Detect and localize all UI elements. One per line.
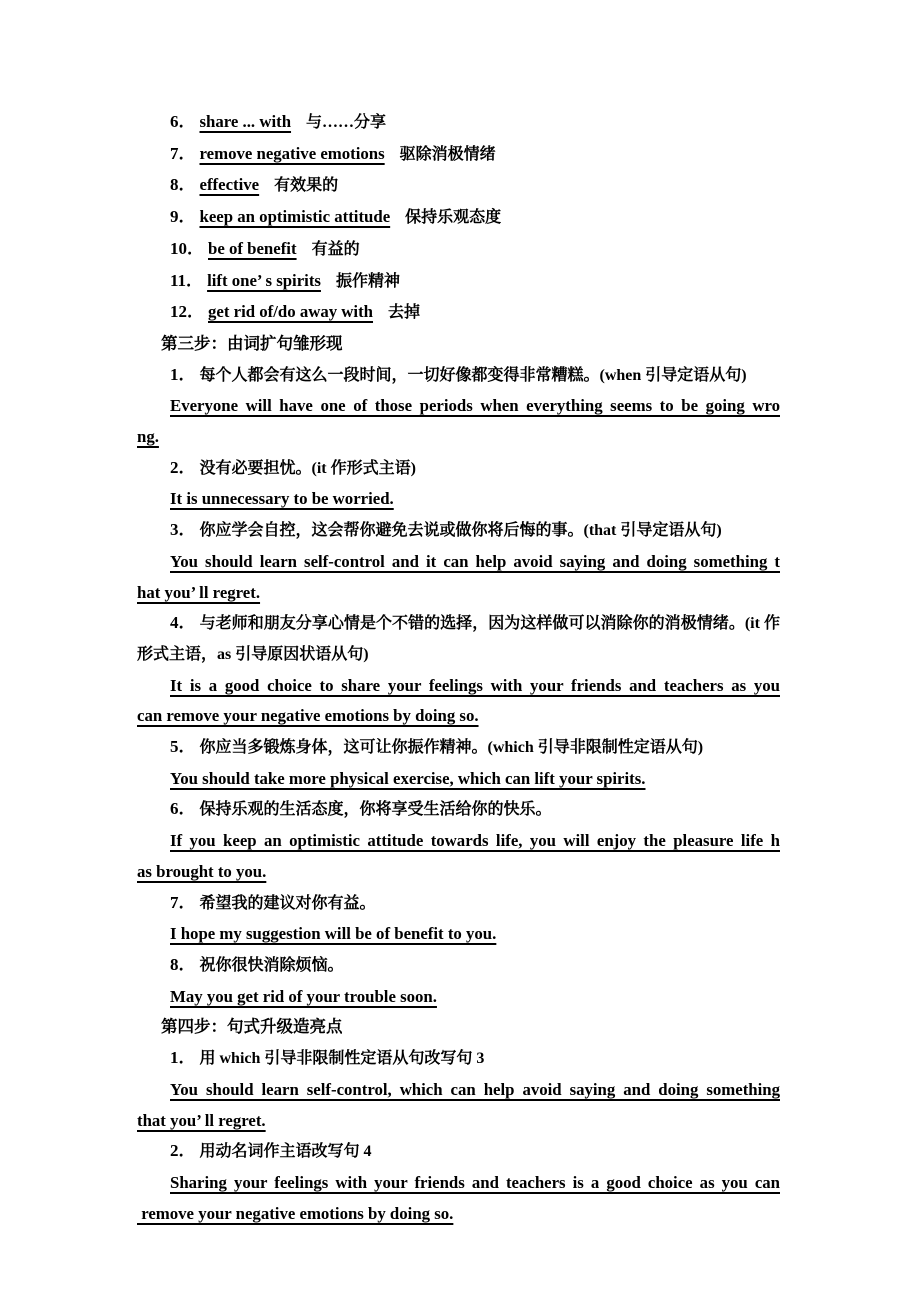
prompt-text: 保持乐观的生活态度，你将享受生活给你的快乐。	[200, 801, 552, 818]
phrase-number: 6．	[170, 112, 196, 131]
step3-answer-line: can remove your negative emotions by doi…	[137, 701, 780, 732]
phrase-number: 12．	[170, 302, 204, 321]
answer-text: You should learn self-control, which can…	[170, 1080, 780, 1099]
step3-prompt-line: 6．保持乐观的生活态度，你将享受生活给你的快乐。	[137, 794, 780, 826]
step3-answer-line: ng.	[137, 422, 780, 453]
document-page: 6．share ... with与……分享7．remove negative e…	[0, 0, 920, 1302]
sentence-number: 2．	[170, 458, 196, 477]
prompt-text: 形式主语，as 引导原因状语从句)	[137, 646, 369, 663]
step4-prompt-line: 1．用 which 引导非限制性定语从句改写句 3	[137, 1043, 780, 1075]
answer-text: can remove your negative emotions by doi…	[137, 706, 479, 725]
sentence-number: 1．	[170, 1048, 196, 1067]
phrase-meaning: 与……分享	[306, 114, 386, 131]
step3-prompt-line: 3．你应学会自控，这会帮你避免去说或做你将后悔的事。(that 引导定语从句)	[137, 515, 780, 547]
phrase-item: 10．be of benefit有益的	[137, 234, 780, 266]
phrase-english: lift one’ s spirits	[207, 271, 321, 290]
phrase-meaning: 有效果的	[274, 177, 338, 194]
step3-answer-line: If you keep an optimistic attitude towar…	[137, 826, 780, 857]
phrase-meaning: 振作精神	[336, 273, 400, 290]
prompt-text: 你应当多锻炼身体，这可让你振作精神。(which 引导非限制性定语从句)	[200, 739, 704, 756]
phrase-meaning: 保持乐观态度	[405, 209, 501, 226]
sentence-number: 6．	[170, 799, 196, 818]
answer-text: as brought to you.	[137, 862, 266, 881]
prompt-text: 祝你很快消除烦恼。	[200, 957, 344, 974]
answer-text: If you keep an optimistic attitude towar…	[170, 831, 780, 850]
answer-text: It is unnecessary to be worried.	[170, 489, 394, 508]
step3-prompt-line: 2．没有必要担忧。(it 作形式主语)	[137, 453, 780, 485]
sentence-number: 5．	[170, 737, 196, 756]
prompt-text: 用动名词作主语改写句 4	[200, 1143, 372, 1160]
step3-answer-line: May you get rid of your trouble soon.	[137, 982, 780, 1013]
prompt-text: 用 which 引导非限制性定语从句改写句 3	[200, 1050, 485, 1067]
phrase-number: 11．	[170, 271, 203, 290]
prompt-text: 希望我的建议对你有益。	[200, 895, 376, 912]
sentence-number: 3．	[170, 520, 196, 539]
step4-prompt-line: 2．用动名词作主语改写句 4	[137, 1136, 780, 1168]
phrase-english: get rid of/do away with	[208, 302, 373, 321]
step3-answer-line: You should take more physical exercise, …	[137, 764, 780, 795]
answer-text: I hope my suggestion will be of benefit …	[170, 924, 496, 943]
phrase-number: 10．	[170, 239, 204, 258]
step3-answer-line: hat you’ ll regret.	[137, 578, 780, 609]
step4-answer-line: remove your negative emotions by doing s…	[137, 1199, 780, 1230]
answer-text: May you get rid of your trouble soon.	[170, 987, 437, 1006]
step3-prompt-line: 8．祝你很快消除烦恼。	[137, 950, 780, 982]
sentence-number: 1．	[170, 365, 196, 384]
phrase-item: 7．remove negative emotions驱除消极情绪	[137, 139, 780, 171]
step3-answer-line: Everyone will have one of those periods …	[137, 391, 780, 422]
phrase-english: remove negative emotions	[200, 144, 385, 163]
step3-prompt-line: 4．与老师和朋友分享心情是个不错的选择，因为这样做可以消除你的消极情绪。(it …	[137, 608, 780, 640]
phrase-meaning: 去掉	[388, 304, 420, 321]
step4-heading: 第四步：句式升级造亮点	[137, 1012, 780, 1043]
phrase-english: effective	[200, 175, 260, 194]
step3-answer-line: as brought to you.	[137, 857, 780, 888]
step4-answer-line: that you’ ll regret.	[137, 1106, 780, 1137]
step3-prompt-line: 5．你应当多锻炼身体，这可让你振作精神。(which 引导非限制性定语从句)	[137, 732, 780, 764]
phrase-meaning: 驱除消极情绪	[400, 146, 496, 163]
answer-text: remove your negative emotions by doing s…	[137, 1204, 453, 1223]
phrase-number: 8．	[170, 175, 196, 194]
answer-text: Sharing your feelings with your friends …	[170, 1173, 780, 1192]
phrase-item: 12．get rid of/do away with去掉	[137, 297, 780, 329]
sentence-number: 8．	[170, 955, 196, 974]
answer-text: Everyone will have one of those periods …	[170, 396, 780, 415]
phrase-item: 6．share ... with与……分享	[137, 107, 780, 139]
step4-answer-line: You should learn self-control, which can…	[137, 1075, 780, 1106]
phrase-english: share ... with	[200, 112, 292, 131]
phrase-item: 8．effective有效果的	[137, 170, 780, 202]
answer-text: It is a good choice to share your feelin…	[170, 676, 780, 695]
phrase-english: keep an optimistic attitude	[200, 207, 391, 226]
sentence-number: 7．	[170, 893, 196, 912]
phrase-english: be of benefit	[208, 239, 297, 258]
step3-answer-line: It is unnecessary to be worried.	[137, 484, 780, 515]
phrase-meaning: 有益的	[312, 241, 360, 258]
step3-answer-line: I hope my suggestion will be of benefit …	[137, 919, 780, 950]
sentence-number: 4．	[170, 613, 196, 632]
prompt-text: 你应学会自控，这会帮你避免去说或做你将后悔的事。(that 引导定语从句)	[200, 522, 722, 539]
phrase-number: 7．	[170, 144, 196, 163]
prompt-text: 没有必要担忧。(it 作形式主语)	[200, 460, 416, 477]
answer-text: ng.	[137, 427, 159, 446]
step3-prompt-line: 1．每个人都会有这么一段时间，一切好像都变得非常糟糕。(when 引导定语从句)	[137, 360, 780, 392]
step3-answer-line: You should learn self-control and it can…	[137, 547, 780, 578]
phrase-item: 11．lift one’ s spirits振作精神	[137, 266, 780, 298]
answer-text: hat you’ ll regret.	[137, 583, 260, 602]
step3-prompt-line: 形式主语，as 引导原因状语从句)	[137, 640, 780, 671]
prompt-text: 与老师和朋友分享心情是个不错的选择，因为这样做可以消除你的消极情绪。(it 作	[200, 615, 780, 632]
step3-heading: 第三步：由词扩句雏形现	[137, 329, 780, 360]
step3-answer-line: It is a good choice to share your feelin…	[137, 671, 780, 702]
answer-text: that you’ ll regret.	[137, 1111, 266, 1130]
phrase-item: 9．keep an optimistic attitude保持乐观态度	[137, 202, 780, 234]
document-content: 6．share ... with与……分享7．remove negative e…	[137, 107, 780, 1229]
step4-answer-line: Sharing your feelings with your friends …	[137, 1168, 780, 1199]
answer-text: You should take more physical exercise, …	[170, 769, 646, 788]
sentence-number: 2．	[170, 1141, 196, 1160]
prompt-text: 每个人都会有这么一段时间，一切好像都变得非常糟糕。(when 引导定语从句)	[200, 367, 747, 384]
answer-text: You should learn self-control and it can…	[170, 552, 780, 571]
step3-prompt-line: 7．希望我的建议对你有益。	[137, 888, 780, 920]
phrase-number: 9．	[170, 207, 196, 226]
